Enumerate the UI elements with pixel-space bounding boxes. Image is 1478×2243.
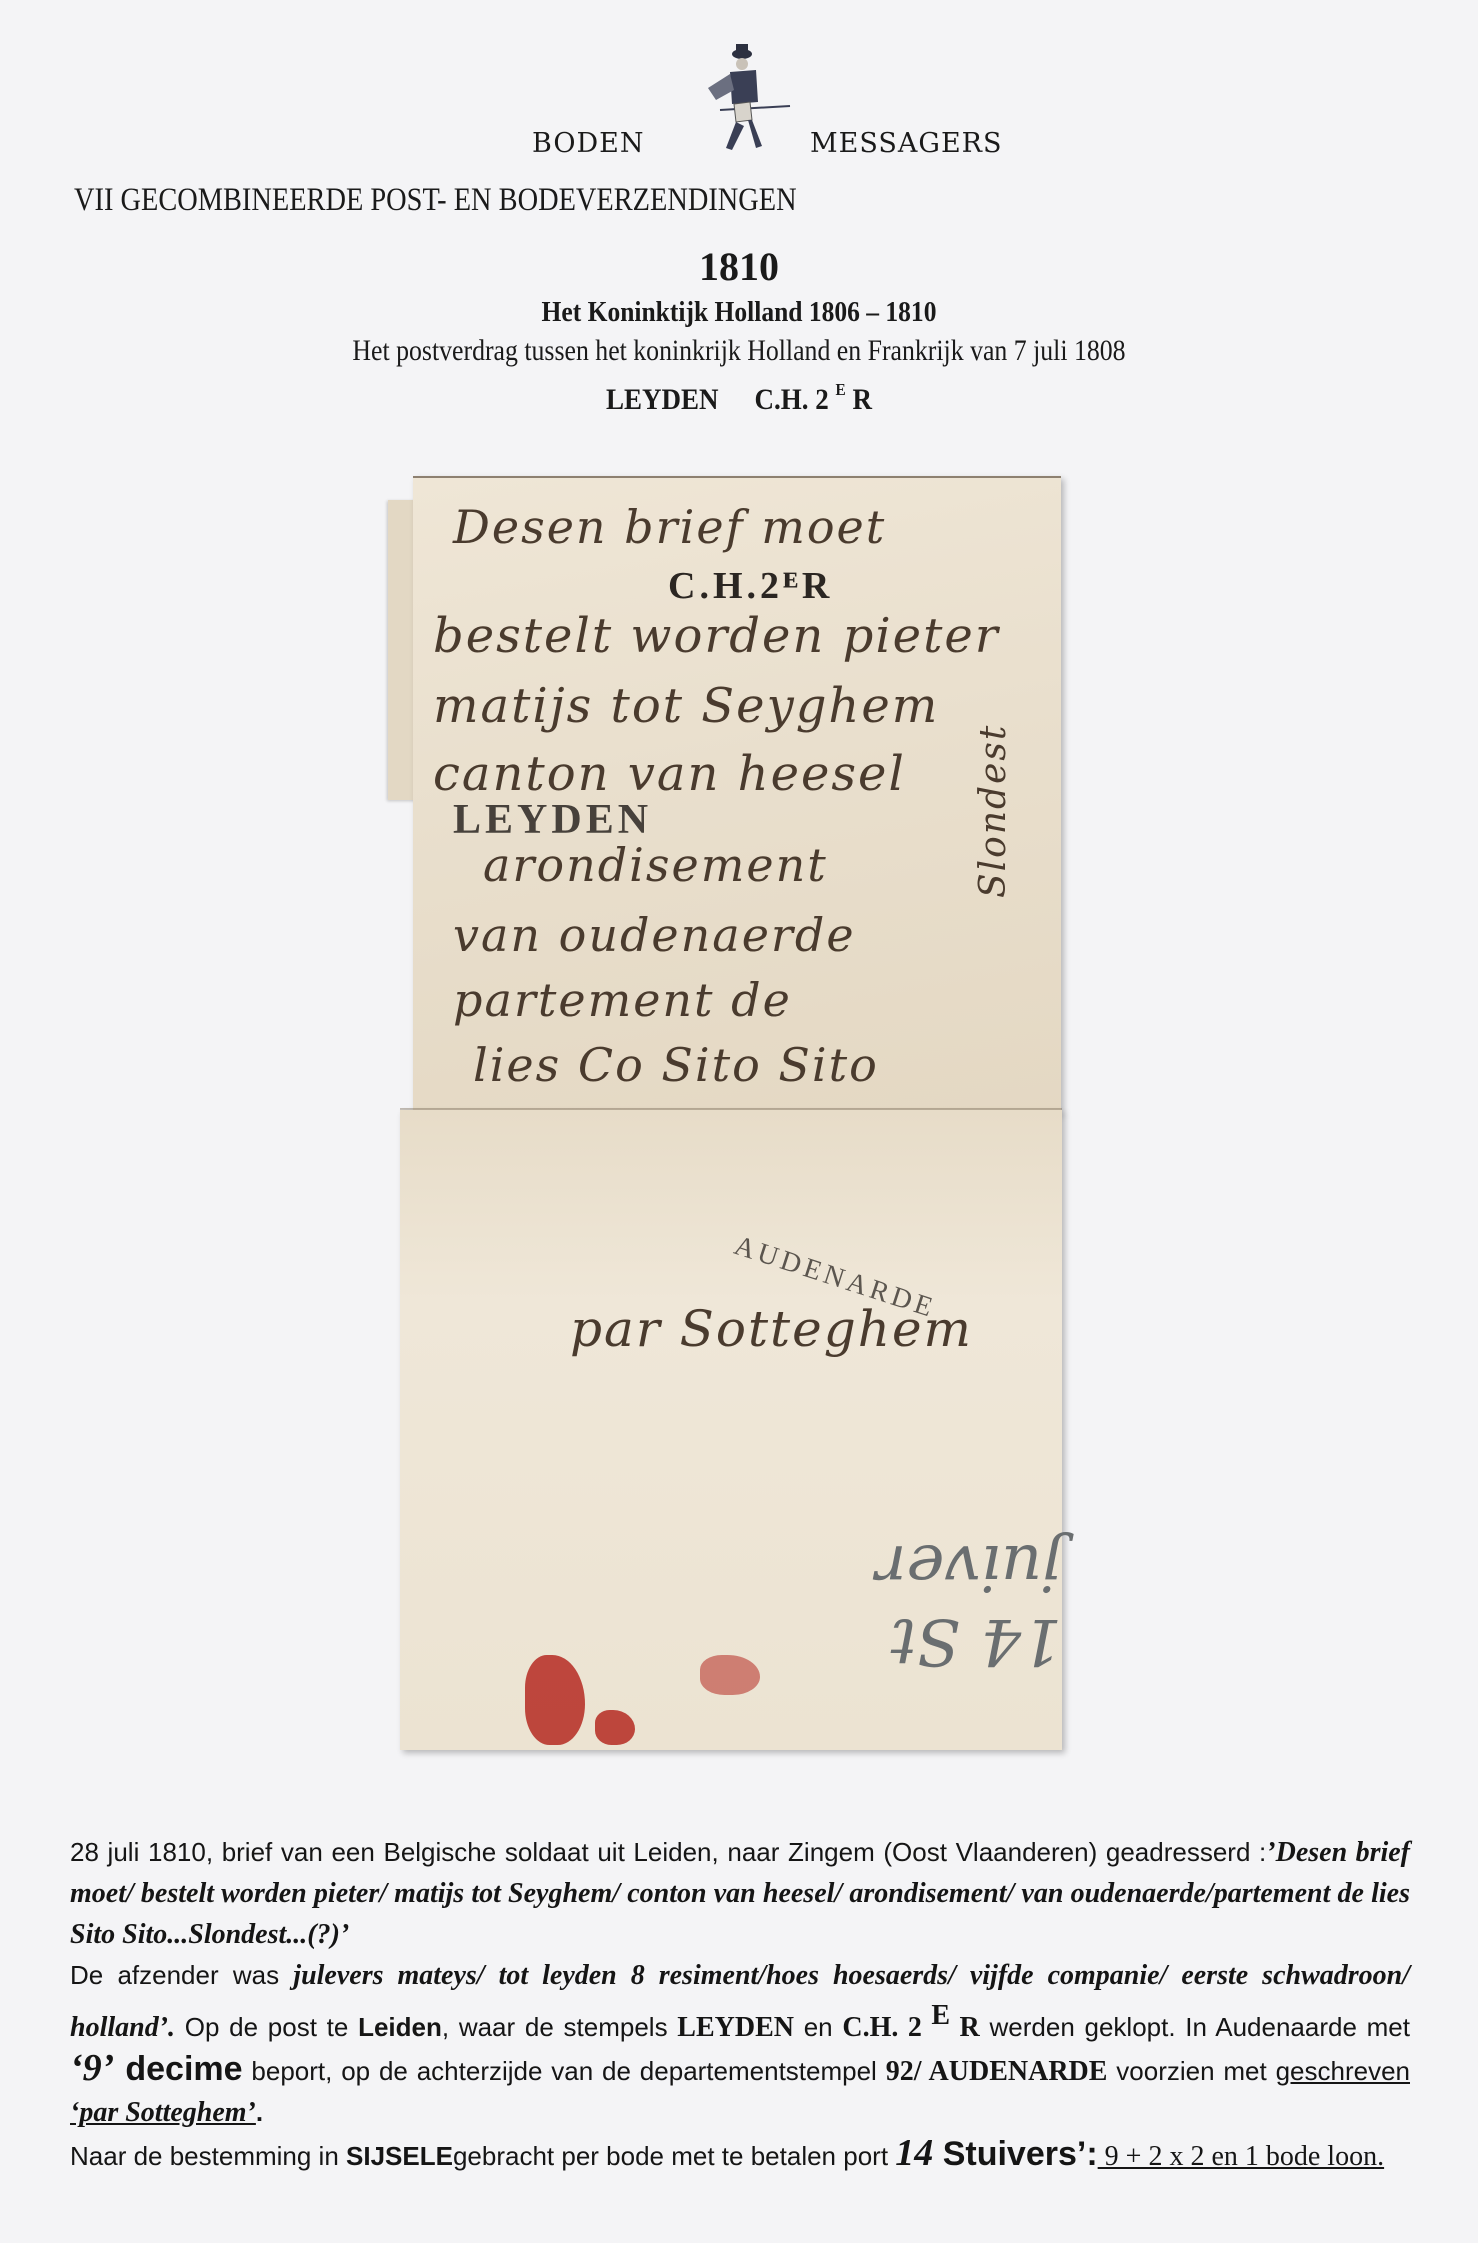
stamp-leyden-label: LEYDEN (606, 383, 719, 416)
stamp-ch-label: C.H. 2 (755, 383, 829, 416)
letter-upper-panel: Desen brief moet C.H.2ᴱR bestelt worden … (413, 476, 1061, 1113)
header-messagers-label: MESSAGERS (810, 128, 1002, 159)
red-wax-seal-remnant (595, 1710, 635, 1745)
letter-line: canton van heesel (433, 746, 906, 802)
messenger-figure-icon (690, 40, 800, 160)
letter-line: arondisement (483, 838, 828, 892)
pencil-rate-note: 14 St juiver (780, 1530, 1062, 1678)
section-title: VII GECOMBINEERDE POST- EN BODEVERZENDIN… (74, 182, 797, 219)
caption-paragraph-3: Naar de bestemming in SIJSELEgebracht pe… (70, 2133, 1410, 2177)
letter-line: lies Co Sito Sito (473, 1038, 879, 1092)
letter-line: partement de (453, 973, 792, 1027)
letter-line: van oudenaerde (453, 908, 856, 962)
letter-lower-panel: AUDENARDE par Sotteghem 14 St juiver (400, 1110, 1062, 1750)
letter-line: matijs tot Seyghem (433, 678, 939, 734)
page-year: 1810 (0, 243, 1478, 290)
letter-line: bestelt worden pieter (433, 608, 1000, 664)
stamp-types-heading: LEYDENC.H. 2 E R (74, 380, 1404, 417)
red-wax-seal-remnant (700, 1655, 760, 1695)
caption-paragraph-2: De afzender was julevers mateys/ tot ley… (70, 1955, 1410, 2133)
page-subtitle: Het Koninktijk Holland 1806 – 1810 (89, 296, 1390, 329)
treaty-description: Het postverdrag tussen het koninkrijk Ho… (103, 334, 1374, 368)
leyden-postmark: LEYDEN (453, 796, 652, 844)
red-wax-seal-remnant (525, 1655, 585, 1745)
ch-2er-postmark: C.H.2ᴱR (668, 564, 833, 608)
letter-line: Desen brief moet (453, 500, 886, 554)
caption-paragraph-1: 28 juli 1810, brief van een Belgische so… (70, 1832, 1410, 1955)
letter-description: 28 juli 1810, brief van een Belgische so… (70, 1832, 1410, 2177)
letter-side-note: Slondest (973, 724, 1014, 898)
via-sotteghem-note: par Sotteghem (570, 1300, 973, 1358)
header-boden-label: BODEN (532, 128, 644, 159)
